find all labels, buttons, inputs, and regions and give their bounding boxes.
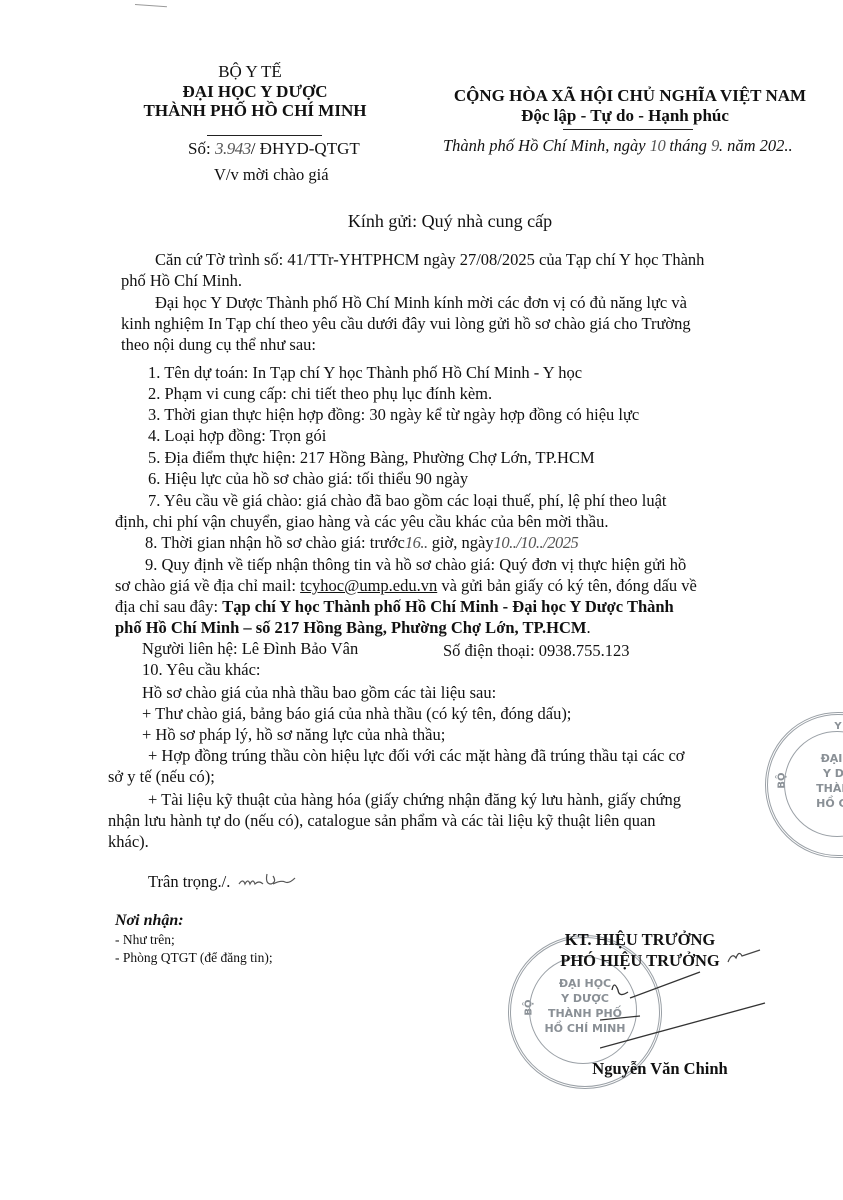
edge-stamp: Y BỘ ĐẠI H Y DƯ THÀNH HỒ CHÍ: [765, 712, 843, 858]
doc-number-prefix: Số:: [188, 139, 215, 158]
recipient-1: - Như trên;: [115, 932, 175, 948]
item-10-title: 10. Yêu cầu khác:: [142, 660, 261, 680]
document-number: Số: 3.943/ ĐHYD-QTGT: [188, 139, 360, 159]
item-8-prefix: 8. Thời gian nhận hồ sơ chào giá: trước: [145, 533, 405, 552]
basis-line-2: phố Hồ Chí Minh.: [121, 271, 242, 291]
edge-stamp-line-1: ĐẠI H: [768, 751, 843, 766]
doc-number-handwritten: 3.943: [215, 139, 251, 158]
document-date: Thành phố Hồ Chí Minh, ngày 10 tháng 9. …: [443, 136, 793, 156]
item-2: 2. Phạm vi cung cấp: chi tiết theo phụ l…: [148, 384, 492, 404]
item-9-line-2-prefix: sơ chào giá về địa chỉ mail:: [115, 576, 300, 595]
item-8-date: 10../10../2025: [494, 533, 579, 552]
date-suffix: . năm 202..: [719, 136, 793, 155]
university-name-line1: ĐẠI HỌC Y DƯỢC: [140, 82, 370, 102]
item-8-mid: giờ, ngày: [428, 533, 494, 552]
scan-artifact: [135, 4, 167, 7]
edge-stamp-line-3: THÀNH: [768, 781, 843, 796]
item-9-line-4: phố Hồ Chí Minh – số 217 Hồng Bàng, Phườ…: [115, 618, 591, 638]
initials-signature-icon: [237, 870, 299, 892]
header-left-underline: [207, 135, 322, 136]
intro-line-3: theo nội dung cụ thể như sau:: [121, 335, 316, 355]
address-bold-2: phố Hồ Chí Minh – số 217 Hồng Bàng, Phườ…: [115, 618, 586, 637]
edge-stamp-line-4: HỒ CHÍ: [768, 796, 843, 811]
edge-stamp-line-2: Y DƯ: [768, 766, 843, 781]
recipients-title: Nơi nhận:: [115, 912, 184, 930]
item-10-bullet-2: + Hồ sơ pháp lý, hồ sơ năng lực của nhà …: [142, 725, 445, 745]
address-bold-1: Tạp chí Y học Thành phố Hồ Chí Minh - Đạ…: [222, 597, 674, 616]
university-name-line2: THÀNH PHỐ HỒ CHÍ MINH: [140, 101, 370, 121]
subject-line: V/v mời chào giá: [214, 165, 329, 185]
item-9-line-3-prefix: địa chỉ sau đây:: [115, 597, 222, 616]
address-end: .: [586, 618, 590, 637]
handwritten-signature-icon: [600, 940, 800, 1070]
item-1: 1. Tên dự toán: In Tạp chí Y học Thành p…: [148, 363, 582, 383]
ministry-name: BỘ Y TẾ: [150, 62, 350, 82]
nation-name: CỘNG HÒA XÃ HỘI CHỦ NGHĨA VIỆT NAM: [440, 86, 820, 106]
signer-name: Nguyễn Văn Chinh: [560, 1059, 760, 1079]
item-8-hour: 16..: [405, 533, 428, 552]
item-10-bullet-4-line-1: + Tài liệu kỹ thuật của hàng hóa (giấy c…: [148, 790, 681, 810]
item-10-bullet-4-line-2: nhận lưu hành tự do (nếu có), catalogue …: [108, 811, 656, 831]
item-4: 4. Loại hợp đồng: Trọn gói: [148, 426, 326, 446]
date-day: 10: [650, 136, 666, 155]
item-9-line-3: địa chỉ sau đây: Tạp chí Y học Thành phố…: [115, 597, 674, 617]
motto-underline: [563, 129, 693, 130]
item-10-bullet-1: + Thư chào giá, bảng báo giá của nhà thầ…: [142, 704, 571, 724]
intro-line-1: Đại học Y Dược Thành phố Hồ Chí Minh kín…: [155, 293, 687, 313]
item-9-line-1: 9. Quy định về tiếp nhận thông tin và hồ…: [145, 555, 686, 575]
closing-greeting: Trân trọng./.: [148, 872, 230, 892]
national-motto: Độc lập - Tự do - Hạnh phúc: [480, 106, 770, 126]
item-3: 3. Thời gian thực hiện hợp đồng: 30 ngày…: [148, 405, 639, 425]
contact-phone: Số điện thoại: 0938.755.123: [443, 641, 630, 661]
email-link[interactable]: tcyhoc@ump.edu.vn: [300, 576, 437, 595]
recipient-2: - Phòng QTGT (để đăng tin);: [115, 950, 273, 966]
date-mid: tháng: [665, 136, 711, 155]
item-9-line-2-suffix: và gửi bản giấy có ký tên, đóng dấu về: [437, 576, 697, 595]
doc-number-suffix: / ĐHYD-QTGT: [251, 139, 360, 158]
item-9-line-2: sơ chào giá về địa chỉ mail: tcyhoc@ump.…: [115, 576, 697, 596]
item-10-bullet-3-line-1: + Hợp đồng trúng thầu còn hiệu lực đối v…: [148, 746, 685, 766]
item-7-line-1: 7. Yêu cầu về giá chào: giá chào đã bao …: [148, 491, 667, 511]
item-10-lead: Hồ sơ chào giá của nhà thầu bao gồm các …: [142, 683, 496, 703]
item-10-bullet-4-line-3: khác).: [108, 832, 149, 852]
date-prefix: Thành phố Hồ Chí Minh, ngày: [443, 136, 650, 155]
contact-person: Người liên hệ: Lê Đình Bảo Vân: [142, 639, 358, 659]
item-5: 5. Địa điểm thực hiện: 217 Hồng Bàng, Ph…: [148, 448, 595, 468]
recipient-line: Kính gửi: Quý nhà cung cấp: [250, 211, 650, 232]
intro-line-2: kinh nghiệm In Tạp chí theo yêu cầu dưới…: [121, 314, 691, 334]
item-6: 6. Hiệu lực của hồ sơ chào giá: tối thiể…: [148, 469, 468, 489]
item-10-bullet-3-line-2: sở y tế (nếu có);: [108, 767, 215, 787]
item-7-line-2: định, chi phí vận chuyển, giao hàng và c…: [115, 512, 608, 532]
date-month: 9: [711, 136, 719, 155]
basis-line-1: Căn cứ Tờ trình số: 41/TTr-YHTPHCM ngày …: [155, 250, 704, 270]
item-8: 8. Thời gian nhận hồ sơ chào giá: trước1…: [145, 533, 578, 553]
